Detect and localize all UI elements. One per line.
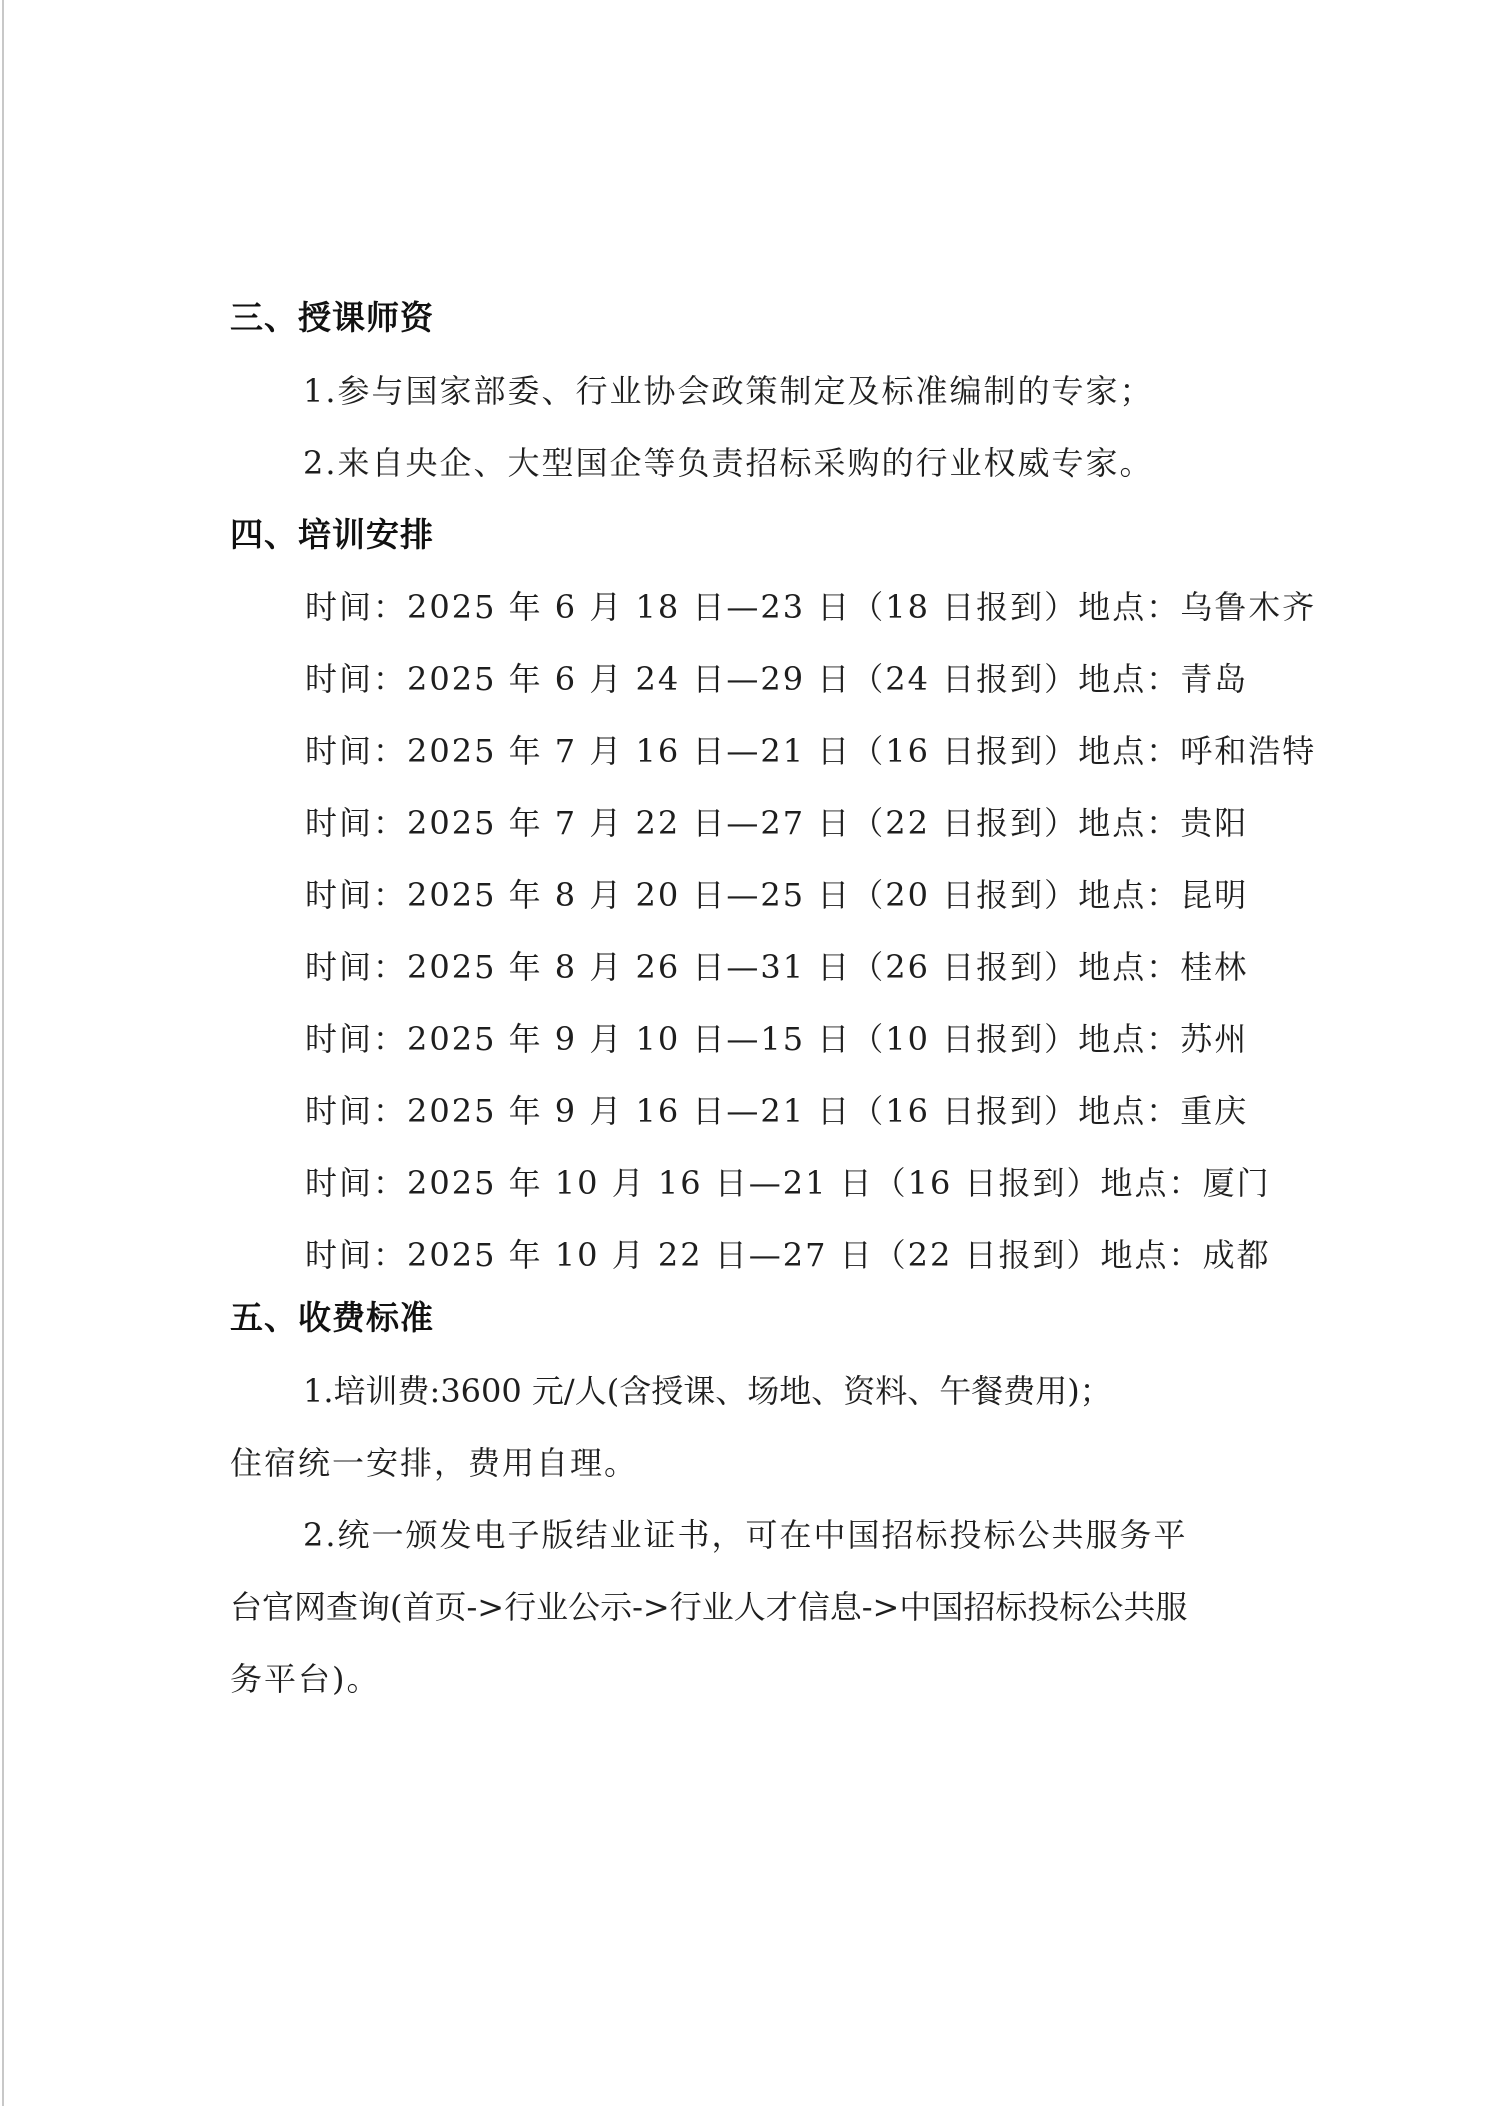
place-label: 地点： [1078,1019,1180,1059]
schedule-row: 时间：2025 年 8 月 26 日—31 日（26 日报到）地点：桂林 [305,947,1248,987]
schedule-row: 时间：2025 年 8 月 20 日—25 日（20 日报到）地点：昆明 [305,875,1248,915]
time-label: 时间： [305,1235,407,1275]
schedule-place: 贵阳 [1180,803,1248,843]
schedule-place: 乌鲁木齐 [1180,587,1316,627]
time-label: 时间： [305,947,407,987]
time-label: 时间： [305,1163,407,1203]
schedule-row: 时间：2025 年 6 月 18 日—23 日（18 日报到）地点：乌鲁木齐 [305,587,1316,627]
instructor-item-2: 2.来自央企、大型国企等负责招标采购的行业权威专家。 [303,443,1154,483]
schedule-date: 2025 年 6 月 18 日—23 日（18 日报到） [407,587,1078,627]
schedule-row: 时间：2025 年 6 月 24 日—29 日（24 日报到）地点：青岛 [305,659,1248,699]
schedule-place: 苏州 [1180,1019,1248,1059]
time-label: 时间： [305,803,407,843]
instructor-item-1: 1.参与国家部委、行业协会政策制定及标准编制的专家； [303,371,1154,411]
fee-item-1-continued: 住宿统一安排，费用自理。 [230,1443,638,1483]
schedule-place: 青岛 [1180,659,1248,699]
place-label: 地点： [1101,1235,1203,1275]
document-page: 三、授课师资 1.参与国家部委、行业协会政策制定及标准编制的专家； 2.来自央企… [0,0,1489,2106]
place-label: 地点： [1101,1163,1203,1203]
place-label: 地点： [1078,1091,1180,1131]
schedule-row: 时间：2025 年 10 月 22 日—27 日（22 日报到）地点：成都 [305,1235,1271,1275]
time-label: 时间： [305,731,407,771]
fee-item-1: 1.培训费:3600 元/人(含授课、场地、资料、午餐费用)； [303,1371,1112,1411]
section-heading-instructors: 三、授课师资 [230,298,434,338]
schedule-place: 昆明 [1180,875,1248,915]
schedule-date: 2025 年 7 月 22 日—27 日（22 日报到） [407,803,1078,843]
section-heading-schedule: 四、培训安排 [230,515,434,555]
schedule-row: 时间：2025 年 10 月 16 日—21 日（16 日报到）地点：厦门 [305,1163,1271,1203]
time-label: 时间： [305,1019,407,1059]
schedule-date: 2025 年 8 月 20 日—25 日（20 日报到） [407,875,1078,915]
schedule-date: 2025 年 6 月 24 日—29 日（24 日报到） [407,659,1078,699]
place-label: 地点： [1078,587,1180,627]
place-label: 地点： [1078,731,1180,771]
schedule-place: 成都 [1203,1235,1271,1275]
schedule-place: 厦门 [1203,1163,1271,1203]
schedule-date: 2025 年 9 月 10 日—15 日（10 日报到） [407,1019,1078,1059]
place-label: 地点： [1078,803,1180,843]
fee-item-2-continued-end: 务平台)。 [230,1659,381,1699]
schedule-place: 呼和浩特 [1180,731,1316,771]
schedule-date: 2025 年 8 月 26 日—31 日（26 日报到） [407,947,1078,987]
schedule-date: 2025 年 9 月 16 日—21 日（16 日报到） [407,1091,1078,1131]
schedule-row: 时间：2025 年 9 月 16 日—21 日（16 日报到）地点：重庆 [305,1091,1248,1131]
time-label: 时间： [305,875,407,915]
place-label: 地点： [1078,875,1180,915]
schedule-place: 桂林 [1180,947,1248,987]
schedule-row: 时间：2025 年 7 月 22 日—27 日（22 日报到）地点：贵阳 [305,803,1248,843]
fee-item-2: 2.统一颁发电子版结业证书，可在中国招标投标公共服务平 [303,1515,1188,1555]
place-label: 地点： [1078,659,1180,699]
schedule-place: 重庆 [1180,1091,1248,1131]
schedule-row: 时间：2025 年 7 月 16 日—21 日（16 日报到）地点：呼和浩特 [305,731,1316,771]
schedule-date: 2025 年 10 月 22 日—27 日（22 日报到） [407,1235,1101,1275]
schedule-date: 2025 年 10 月 16 日—21 日（16 日报到） [407,1163,1101,1203]
place-label: 地点： [1078,947,1180,987]
schedule-row: 时间：2025 年 9 月 10 日—15 日（10 日报到）地点：苏州 [305,1019,1248,1059]
time-label: 时间： [305,587,407,627]
fee-item-2-continued: 台官网查询(首页->行业公示->行业人才信息->中国招标投标公共服 [230,1587,1187,1627]
time-label: 时间： [305,1091,407,1131]
section-heading-fees: 五、收费标准 [230,1298,434,1338]
time-label: 时间： [305,659,407,699]
schedule-date: 2025 年 7 月 16 日—21 日（16 日报到） [407,731,1078,771]
